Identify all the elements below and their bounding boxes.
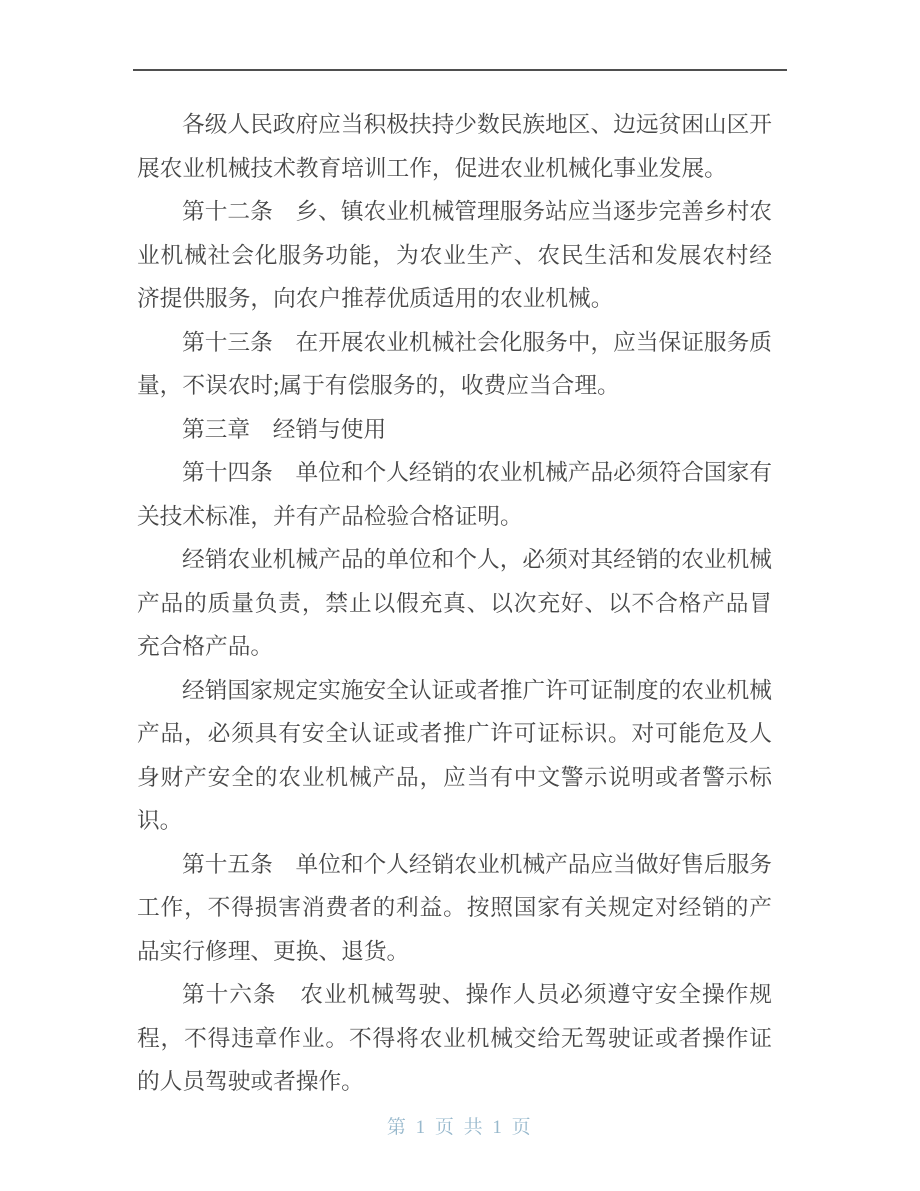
article-paragraph: 第十六条 农业机械驾驶、操作人员必须遵守安全操作规程，不得违章作业。不得将农业机… — [137, 973, 772, 1104]
chapter-heading: 第三章 经销与使用 — [137, 408, 772, 452]
article-paragraph: 各级人民政府应当积极扶持少数民族地区、边远贫困山区开展农业机械技术教育培训工作，… — [137, 103, 772, 190]
article-paragraph: 经销农业机械产品的单位和个人，必须对其经销的农业机械产品的质量负责，禁止以假充真… — [137, 538, 772, 669]
article-paragraph: 第十二条 乡、镇农业机械管理服务站应当逐步完善乡村农业机械社会化服务功能，为农业… — [137, 190, 772, 321]
document-page: 各级人民政府应当积极扶持少数民族地区、边远贫困山区开展农业机械技术教育培训工作，… — [0, 0, 920, 1191]
article-paragraph: 第十四条 单位和个人经销的农业机械产品必须符合国家有关技术标准，并有产品检验合格… — [137, 451, 772, 538]
document-body: 各级人民政府应当积极扶持少数民族地区、边远贫困山区开展农业机械技术教育培训工作，… — [137, 103, 772, 1104]
page-number-footer: 第 1 页 共 1 页 — [0, 1112, 920, 1139]
article-paragraph: 第十五条 单位和个人经销农业机械产品应当做好售后服务工作，不得损害消费者的利益。… — [137, 843, 772, 974]
article-paragraph: 经销国家规定实施安全认证或者推广许可证制度的农业机械产品，必须具有安全认证或者推… — [137, 669, 772, 843]
article-paragraph: 第十三条 在开展农业机械社会化服务中，应当保证服务质量，不误农时;属于有偿服务的… — [137, 321, 772, 408]
header-separator-line — [133, 69, 787, 71]
